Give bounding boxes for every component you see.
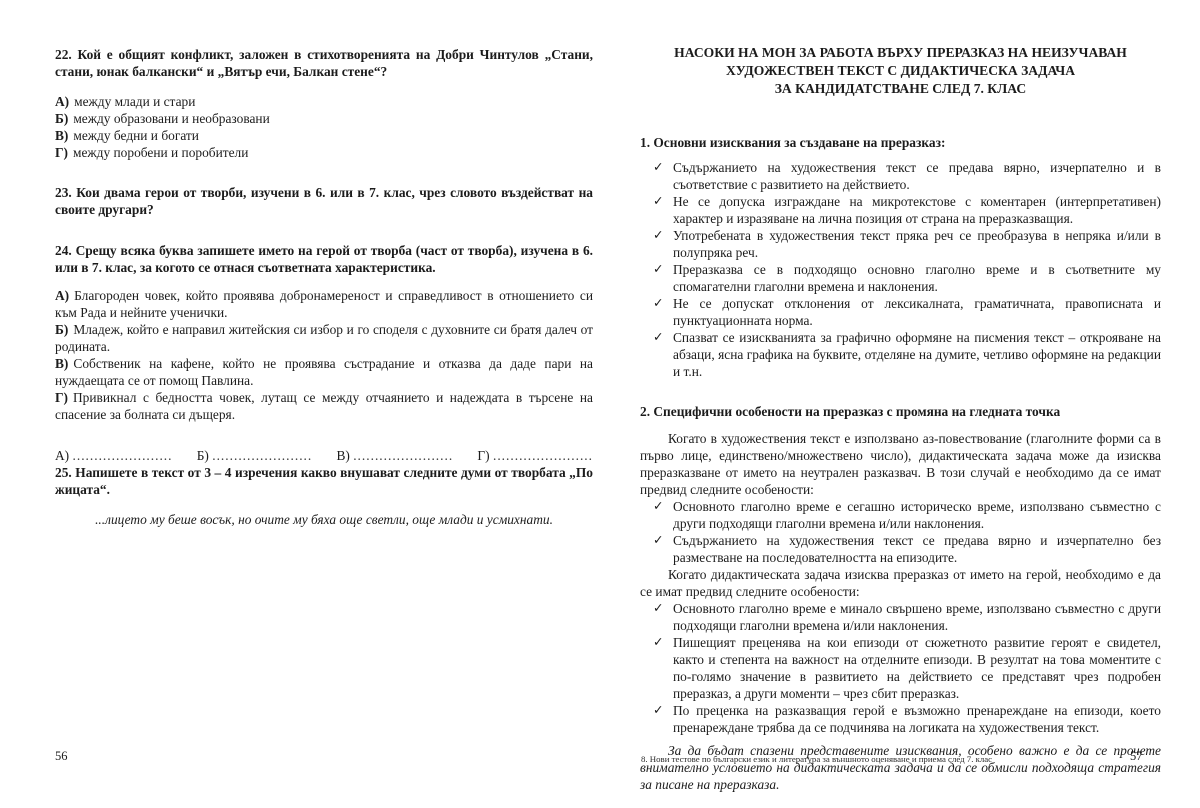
option-text: Собственик на кафене, който не проявява … bbox=[55, 356, 593, 388]
bullet-item: ✓Употребената в художествения текст пряк… bbox=[640, 227, 1161, 261]
blank-letter: В) bbox=[336, 448, 349, 463]
checkmark-icon: ✓ bbox=[653, 193, 663, 210]
option-text: между млади и стари bbox=[74, 94, 195, 109]
blank-letter: Б) bbox=[197, 448, 209, 463]
question-25-heading: 25. Напишете в текст от 3 – 4 изречения … bbox=[55, 464, 593, 498]
q24-option-b: Б)Младеж, който е направил житейския си … bbox=[55, 321, 593, 355]
checkmark-icon: ✓ bbox=[653, 532, 663, 549]
bullet-text: Основното глаголно време е минало свърше… bbox=[673, 601, 1161, 633]
title-line-3: ЗА КАНДИДАТСТВАНЕ СЛЕД 7. КЛАС bbox=[640, 80, 1161, 98]
bullet-item: ✓Преразказва се в подходящо основно глаг… bbox=[640, 261, 1161, 295]
page-number-right: 57 bbox=[1130, 749, 1143, 764]
section-1-heading: 1. Основни изисквания за създаване на пр… bbox=[640, 134, 1161, 151]
q24-option-a: А)Благороден човек, който проявява добро… bbox=[55, 287, 593, 321]
dotted-line: ....................... bbox=[493, 448, 593, 463]
bullet-text: Съдържанието на художествения текст се п… bbox=[673, 160, 1161, 192]
title-line-2: ХУДОЖЕСТВЕН ТЕКСТ С ДИДАКТИЧЕСКА ЗАДАЧА bbox=[640, 62, 1161, 80]
section-2-bullets-1: ✓Основното глаголно време е сегашно исто… bbox=[640, 498, 1161, 566]
bullet-item: ✓Спазват се изискванията за графично офо… bbox=[640, 329, 1161, 380]
option-letter: В) bbox=[55, 128, 68, 143]
question-22: 22. Кой е общият конфликт, заложен в сти… bbox=[55, 46, 593, 161]
question-23-heading: 23. Кои двама герои от творби, изучени в… bbox=[55, 184, 593, 218]
answer-blanks-row: А) ....................... Б) ..........… bbox=[55, 447, 593, 464]
dotted-line: ....................... bbox=[73, 448, 173, 463]
dotted-line: ....................... bbox=[353, 448, 453, 463]
checkmark-icon: ✓ bbox=[653, 295, 663, 312]
bullet-item: ✓Не се допускат отклонения от лексикална… bbox=[640, 295, 1161, 329]
bullet-item: ✓Съдържанието на художествения текст се … bbox=[640, 532, 1161, 566]
section-2: 2. Специфични особености на преразказ с … bbox=[640, 403, 1161, 793]
q22-option-g: Г)между поробени и поробители bbox=[55, 144, 593, 161]
question-23: 23. Кои двама герои от творби, изучени в… bbox=[55, 184, 593, 218]
option-letter: В) bbox=[55, 356, 68, 371]
q22-option-b: Б)между образовани и необразовани bbox=[55, 110, 593, 127]
option-text: между образовани и необразовани bbox=[73, 111, 269, 126]
blank-letter: А) bbox=[55, 448, 69, 463]
question-22-options: А)между млади и стари Б)между образовани… bbox=[55, 93, 593, 161]
option-letter: А) bbox=[55, 94, 69, 109]
option-text: Привикнал с бедността човек, лутащ се ме… bbox=[55, 390, 593, 422]
checkmark-icon: ✓ bbox=[653, 329, 663, 346]
bullet-text: Употребената в художествения текст пряка… bbox=[673, 228, 1161, 260]
bullet-text: Пишещият преценява на кои епизоди от сюж… bbox=[673, 635, 1161, 701]
bullet-text: Основното глаголно време е сегашно истор… bbox=[673, 499, 1161, 531]
q22-option-v: В)между бедни и богати bbox=[55, 127, 593, 144]
bullet-text: Не се допуска изграждане на микротекстов… bbox=[673, 194, 1161, 226]
bullet-text: Не се допускат отклонения от лексикалнат… bbox=[673, 296, 1161, 328]
question-24-options: А)Благороден човек, който проявява добро… bbox=[55, 287, 593, 423]
bullet-text: Съдържанието на художествения текст се п… bbox=[673, 533, 1161, 565]
bullet-item: ✓Основното глаголно време е сегашно исто… bbox=[640, 498, 1161, 532]
checkmark-icon: ✓ bbox=[653, 227, 663, 244]
bullet-item: ✓Пишещият преценява на кои епизоди от сю… bbox=[640, 634, 1161, 702]
bullet-text: Спазват се изискванията за графично офор… bbox=[673, 330, 1161, 379]
section-2-heading: 2. Специфични особености на преразказ с … bbox=[640, 403, 1161, 420]
option-text: Благороден човек, който проявява доброна… bbox=[55, 288, 593, 320]
checkmark-icon: ✓ bbox=[653, 634, 663, 651]
title-line-1: НАСОКИ НА МОН ЗА РАБОТА ВЪРХУ ПРЕРАЗКАЗ … bbox=[640, 44, 1161, 62]
dotted-line: ....................... bbox=[212, 448, 312, 463]
section-2-paragraph-2: Когато дидактическата задача изисква пре… bbox=[640, 566, 1161, 600]
option-letter: Г) bbox=[55, 145, 68, 160]
section-2-bullets-2: ✓Основното глаголно време е минало свърш… bbox=[640, 600, 1161, 736]
option-text: Младеж, който е направил житейския си из… bbox=[55, 322, 593, 354]
q24-option-g: Г)Привикнал с бедността човек, лутащ се … bbox=[55, 389, 593, 423]
bullet-text: По преценка на разказващия герой е възмо… bbox=[673, 703, 1161, 735]
option-letter: Б) bbox=[55, 111, 68, 126]
checkmark-icon: ✓ bbox=[653, 702, 663, 719]
section-1-bullets: ✓Съдържанието на художествения текст се … bbox=[640, 159, 1161, 380]
answer-blank-g: Г) ....................... bbox=[477, 447, 593, 464]
section-2-paragraph-1: Когато в художествения текст е използван… bbox=[640, 430, 1161, 498]
option-text: между бедни и богати bbox=[73, 128, 199, 143]
checkmark-icon: ✓ bbox=[653, 498, 663, 515]
option-text: между поробени и поробители bbox=[73, 145, 248, 160]
answer-blank-a: А) ....................... bbox=[55, 447, 173, 464]
checkmark-icon: ✓ bbox=[653, 600, 663, 617]
bullet-item: ✓По преценка на разказващия герой е възм… bbox=[640, 702, 1161, 736]
question-24: 24. Срещу всяка буква запишете името на … bbox=[55, 242, 593, 464]
question-22-heading: 22. Кой е общият конфликт, заложен в сти… bbox=[55, 46, 593, 80]
checkmark-icon: ✓ bbox=[653, 261, 663, 278]
bullet-text: Преразказва се в подходящо основно глаго… bbox=[673, 262, 1161, 294]
right-page: НАСОКИ НА МОН ЗА РАБОТА ВЪРХУ ПРЕРАЗКАЗ … bbox=[640, 44, 1161, 793]
option-letter: А) bbox=[55, 288, 69, 303]
bullet-item: ✓Съдържанието на художествения текст се … bbox=[640, 159, 1161, 193]
option-letter: Б) bbox=[55, 322, 68, 337]
answer-blank-v: В) ....................... bbox=[336, 447, 453, 464]
literary-quote: ...лицето му беше восък, но очите му бях… bbox=[55, 511, 593, 528]
answer-blank-b: Б) ....................... bbox=[197, 447, 313, 464]
footer-note: 8. Нови тестове по български език и лите… bbox=[641, 754, 992, 764]
bullet-item: ✓Не се допуска изграждане на микротексто… bbox=[640, 193, 1161, 227]
page-title: НАСОКИ НА МОН ЗА РАБОТА ВЪРХУ ПРЕРАЗКАЗ … bbox=[640, 44, 1161, 98]
section-1: 1. Основни изисквания за създаване на пр… bbox=[640, 134, 1161, 380]
blank-letter: Г) bbox=[477, 448, 489, 463]
page-number-left: 56 bbox=[55, 749, 68, 764]
q24-option-v: В)Собственик на кафене, който не проявяв… bbox=[55, 355, 593, 389]
question-24-heading: 24. Срещу всяка буква запишете името на … bbox=[55, 242, 593, 276]
q22-option-a: А)между млади и стари bbox=[55, 93, 593, 110]
question-25: 25. Напишете в текст от 3 – 4 изречения … bbox=[55, 464, 593, 528]
option-letter: Г) bbox=[55, 390, 68, 405]
checkmark-icon: ✓ bbox=[653, 159, 663, 176]
bullet-item: ✓Основното глаголно време е минало свърш… bbox=[640, 600, 1161, 634]
left-page: 22. Кой е общият конфликт, заложен в сти… bbox=[55, 46, 593, 528]
closing-note: За да бъдат спазени представените изискв… bbox=[640, 742, 1161, 793]
